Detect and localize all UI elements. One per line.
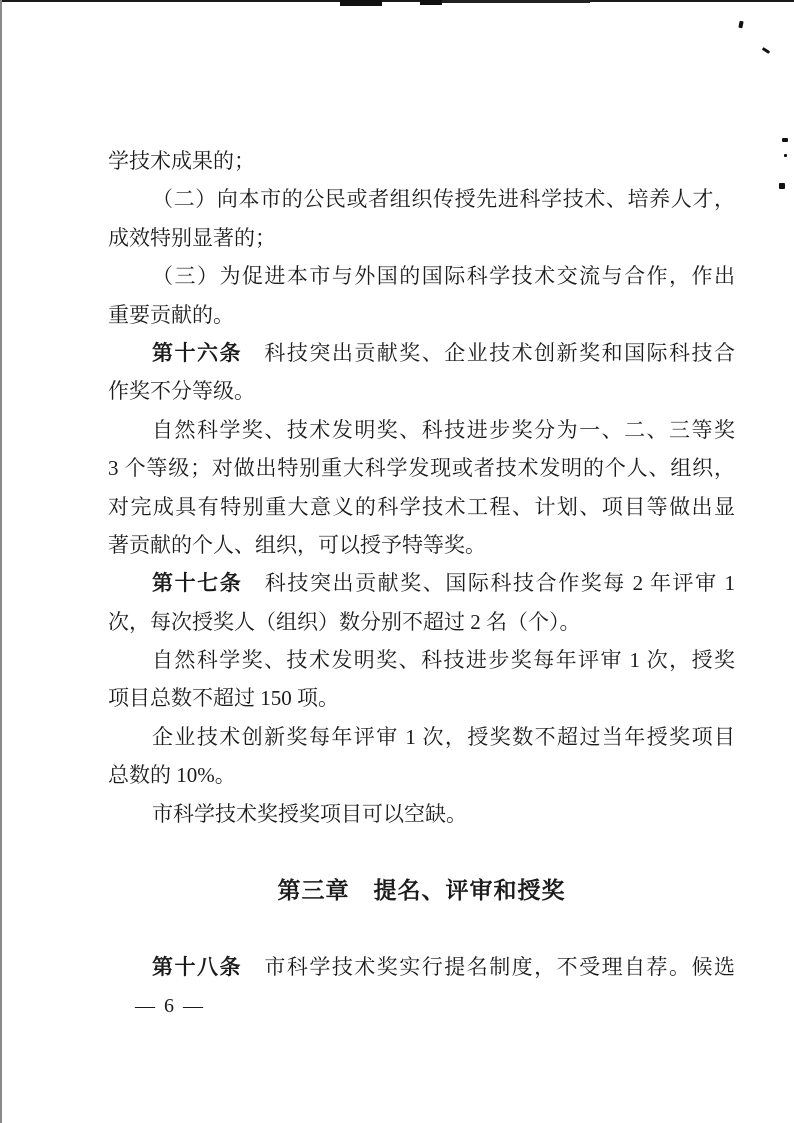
text-line: 项目总数不超过 150 项。 [108, 679, 735, 717]
text-segment: 次，每次授奖人（组织）数分别不超过 2 名（个）。 [108, 610, 581, 634]
text-line: 成效特别显著的； [108, 219, 735, 257]
article-label: 第十六条 [152, 342, 242, 365]
text-segment: — 6 — [135, 995, 205, 1017]
text-line: 重要贡献的。 [108, 296, 735, 334]
text-line: 企业技术创新奖每年评审 1 次，授奖数不超过当年授奖项目 [108, 718, 735, 756]
text-segment: 科技突出贡献奖、企业技术创新奖和国际科技合 [242, 341, 735, 365]
text-segment: 成效特别显著的； [108, 226, 276, 250]
blank-line [108, 833, 735, 871]
text-line: 对完成具有特别重大意义的科学技术工程、计划、项目等做出显 [108, 488, 735, 526]
article-label: 第十七条 [152, 572, 242, 595]
text-segment: 著贡献的个人、组织，可以授予特等奖。 [108, 533, 486, 557]
text-segment: 总数的 10%。 [108, 763, 236, 787]
scan-artifact-top-line [0, 0, 794, 2]
blank-line [108, 910, 735, 948]
text-line: （二）向本市的公民或者组织传授先进科学技术、培养人才， [108, 180, 735, 218]
text-line: 第十八条 市科学技术奖实行提名制度，不受理自荐。候选 [108, 948, 735, 986]
scan-artifact-speck [782, 138, 788, 142]
scan-artifact-speck [762, 47, 770, 54]
text-line: 学技术成果的； [108, 142, 735, 180]
scan-artifact-speck [738, 21, 743, 29]
text-segment: 科技突出贡献奖、国际科技合作奖每 2 年评审 1 [242, 571, 735, 595]
text-segment: （三）为促进本市与外国的国际科学技术交流与合作，作出 [152, 264, 735, 288]
scan-artifact-top-blotch [340, 0, 382, 6]
text-line: 第十七条 科技突出贡献奖、国际科技合作奖每 2 年评审 1 [108, 564, 735, 602]
document-page: 学技术成果的；（二）向本市的公民或者组织传授先进科学技术、培养人才，成效特别显著… [0, 0, 794, 1123]
text-segment: 市科学技术奖授奖项目可以空缺。 [152, 802, 467, 826]
text-line: 第十六条 科技突出贡献奖、企业技术创新奖和国际科技合 [108, 334, 735, 372]
scan-artifact-top-line-dark [430, 0, 590, 3]
text-segment: （二）向本市的公民或者组织传授先进科学技术、培养人才， [152, 187, 735, 211]
text-segment: 市科学技术奖实行提名制度，不受理自荐。候选 [242, 955, 735, 979]
text-segment: 项目总数不超过 150 项。 [108, 686, 339, 710]
text-line: 3 个等级；对做出特别重大科学发现或者技术发明的个人、组织， [108, 449, 735, 487]
text-segment: 学技术成果的； [108, 149, 255, 173]
text-segment: 企业技术创新奖每年评审 1 次，授奖数不超过当年授奖项目 [152, 725, 735, 749]
text-line: 自然科学奖、技术发明奖、科技进步奖每年评审 1 次，授奖 [108, 641, 735, 679]
article-label: 第三章 提名、评审和授奖 [278, 877, 566, 903]
scan-artifact-speck [784, 154, 787, 157]
text-line: 次，每次授奖人（组织）数分别不超过 2 名（个）。 [108, 603, 735, 641]
text-line: 自然科学奖、技术发明奖、科技进步奖分为一、二、三等奖 [108, 411, 735, 449]
text-segment: 自然科学奖、技术发明奖、科技进步奖每年评审 1 次，授奖 [152, 648, 735, 672]
scan-artifact-left-line [0, 0, 2, 1123]
chapter-heading: 第三章 提名、评审和授奖 [108, 871, 735, 909]
page-content: 学技术成果的；（二）向本市的公民或者组织传授先进科学技术、培养人才，成效特别显著… [108, 142, 735, 1025]
scan-artifact-top-blotch [420, 0, 442, 5]
text-segment: 自然科学奖、技术发明奖、科技进步奖分为一、二、三等奖 [152, 418, 735, 442]
article-label: 第十八条 [152, 956, 242, 979]
text-segment: 3 个等级；对做出特别重大科学发现或者技术发明的个人、组织， [108, 456, 735, 480]
text-line: 作奖不分等级。 [108, 372, 735, 410]
scan-artifact-speck [779, 183, 785, 189]
text-line: （三）为促进本市与外国的国际科学技术交流与合作，作出 [108, 257, 735, 295]
page-number: — 6 — [108, 987, 735, 1025]
text-segment: 作奖不分等级。 [108, 379, 255, 403]
text-segment: 重要贡献的。 [108, 303, 234, 327]
text-line: 总数的 10%。 [108, 756, 735, 794]
text-line: 市科学技术奖授奖项目可以空缺。 [108, 795, 735, 833]
text-line: 著贡献的个人、组织，可以授予特等奖。 [108, 526, 735, 564]
text-segment: 对完成具有特别重大意义的科学技术工程、计划、项目等做出显 [108, 495, 735, 519]
